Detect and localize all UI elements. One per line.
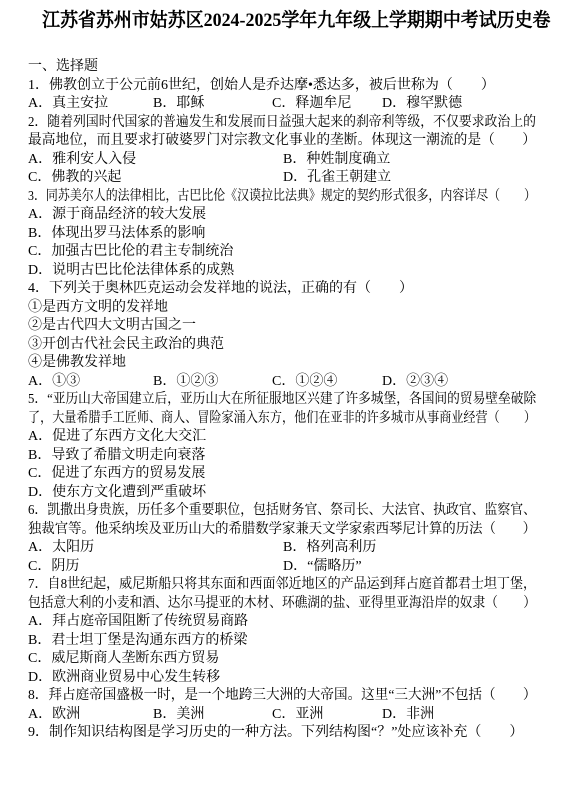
question-text-line: 6．凯撒出身贵族，历任多个重要职位，包括财务官、祭司长、大法官、执政官、监察官、	[28, 502, 495, 521]
option-line: D．欧洲商业贸易中心发生转移	[28, 669, 536, 688]
question-text-line: ④是佛教发祥地	[28, 354, 536, 373]
question-2: 2．随着列国时代国家的普遍发生和发展而日益强大起来的刹帝利等级，不仅要求政治上的…	[28, 114, 536, 188]
question-text-line: 3．同苏美尔人的法律相比，古巴比伦《汉谟拉比法典》规定的契约形式很多，内容详尽（…	[28, 188, 462, 207]
question-text-line: 独裁官等。他采纳埃及亚历山大的希腊数学家兼天文学家索西琴尼计算的历法（ ）	[28, 521, 513, 540]
option-D: D．“儒略历”	[283, 558, 362, 577]
option-line: A．促进了东西方文化大交汇	[28, 428, 536, 447]
options-row: C．阴历D．“儒略历”	[28, 558, 536, 577]
option-line: B．体现出罗马法体系的影响	[28, 225, 536, 244]
question-text-line: 4．下列关于奥林匹克运动会发祥地的说法，正确的有（ ）	[28, 280, 536, 299]
option-D: D．②③④	[382, 373, 448, 392]
options-row: A．①③B．①②③C．①②④D．②③④	[28, 373, 536, 392]
option-B: B．格列高利历	[283, 539, 376, 558]
options-row: A．雅利安人入侵B．种姓制度确立	[28, 151, 536, 170]
option-line: C．促进了东西方的贸易发展	[28, 465, 536, 484]
option-line: D．使东方文化遭到严重破坏	[28, 484, 536, 503]
section-heading: 一、选择题	[28, 58, 536, 77]
option-C: C．释迦牟尼	[272, 95, 382, 114]
option-C: C．亚洲	[272, 706, 382, 725]
option-line: D．说明古巴比伦法律体系的成熟	[28, 262, 536, 281]
option-A: A．太阳历	[28, 539, 283, 558]
option-A: A．雅利安人入侵	[28, 151, 283, 170]
document-page: 江苏省苏州市姑苏区2024-2025学年九年级上学期期中考试历史卷 一、选择题 …	[0, 0, 562, 793]
option-A: A．①③	[28, 373, 153, 392]
question-text-line: 8．拜占庭帝国盛极一时，是一个地跨三大洲的大帝国。这里“三大洲”不包括（ ）	[28, 687, 521, 706]
option-B: B．耶稣	[153, 95, 272, 114]
question-6: 6．凯撒出身贵族，历任多个重要职位，包括财务官、祭司长、大法官、执政官、监察官、…	[28, 502, 536, 576]
question-5: 5．“亚历山大帝国建立后，亚历山大在所征服地区兴建了许多城堡，各国间的贸易壁垒破…	[28, 391, 536, 502]
question-text-line: 5．“亚历山大帝国建立后，亚历山大在所征服地区兴建了许多城堡，各国间的贸易壁垒破…	[28, 391, 490, 410]
question-text-line: 2．随着列国时代国家的普遍发生和发展而日益强大起来的刹帝利等级，不仅要求政治上的	[28, 114, 495, 133]
question-text-line: ②是古代四大文明古国之一	[28, 317, 536, 336]
option-B: B．美洲	[153, 706, 272, 725]
options-row: C．佛教的兴起D．孔雀王朝建立	[28, 169, 536, 188]
question-text-line: 9．制作知识结构图是学习历史的一种方法。下列结构图“？”处应该补充（ ）	[28, 724, 536, 743]
option-line: B．导致了希腊文明走向衰落	[28, 447, 536, 466]
option-A: A．欧洲	[28, 706, 153, 725]
question-9: 9．制作知识结构图是学习历史的一种方法。下列结构图“？”处应该补充（ ）	[28, 724, 536, 743]
option-A: A．真主安拉	[28, 95, 153, 114]
question-4: 4．下列关于奥林匹克运动会发祥地的说法，正确的有（ ）①是西方文明的发祥地②是古…	[28, 280, 536, 391]
question-7: 7．自8世纪起，威尼斯船只将其东面和西面邻近地区的产品运到拜占庭首都君士坦丁堡，…	[28, 576, 536, 687]
option-B: B．种姓制度确立	[283, 151, 390, 170]
question-text-line: 最高地位，而且要求打破婆罗门对宗教文化事业的垄断。体现这一潮流的是（ ）	[28, 132, 526, 151]
question-3: 3．同苏美尔人的法律相比，古巴比伦《汉谟拉比法典》规定的契约形式很多，内容详尽（…	[28, 188, 536, 281]
option-line: B．君士坦丁堡是沟通东西方的桥梁	[28, 632, 536, 651]
question-text-line: 了，大量希腊手工匠师、商人、冒险家涌入东方，他们在亚非的许多城市从事商业经营（ …	[28, 410, 467, 429]
questions: 1．佛教创立于公元前6世纪，创始人是乔达摩•悉达多，被后世称为（ ）A．真主安拉…	[28, 77, 536, 743]
option-B: B．①②③	[153, 373, 272, 392]
option-D: D．非洲	[382, 706, 434, 725]
options-row: A．太阳历B．格列高利历	[28, 539, 536, 558]
question-1: 1．佛教创立于公元前6世纪，创始人是乔达摩•悉达多，被后世称为（ ）A．真主安拉…	[28, 77, 536, 114]
option-D: D．穆罕默德	[382, 95, 462, 114]
question-text-line: ①是西方文明的发祥地	[28, 299, 536, 318]
option-C: C．阴历	[28, 558, 283, 577]
question-text-line: 7．自8世纪起，威尼斯船只将其东面和西面邻近地区的产品运到拜占庭首都君士坦丁堡，	[28, 576, 501, 595]
page-title: 江苏省苏州市姑苏区2024-2025学年九年级上学期期中考试历史卷	[42, 8, 522, 33]
option-line: A．拜占庭帝国阻断了传统贸易商路	[28, 613, 536, 632]
question-text-line: 1．佛教创立于公元前6世纪，创始人是乔达摩•悉达多，被后世称为（ ）	[28, 77, 536, 96]
option-line: C．威尼斯商人垄断东西方贸易	[28, 650, 536, 669]
question-8: 8．拜占庭帝国盛极一时，是一个地跨三大洲的大帝国。这里“三大洲”不包括（ ）A．…	[28, 687, 536, 724]
option-C: C．①②④	[272, 373, 382, 392]
option-line: C．加强古巴比伦的君主专制统治	[28, 243, 536, 262]
question-text-line: ③开创古代社会民主政治的典范	[28, 336, 536, 355]
option-D: D．孔雀王朝建立	[283, 169, 391, 188]
option-C: C．佛教的兴起	[28, 169, 283, 188]
options-row: A．欧洲B．美洲C．亚洲D．非洲	[28, 706, 536, 725]
option-line: A．源于商品经济的较大发展	[28, 206, 536, 225]
question-text-line: 包括意大利的小麦和酒、达尔马提亚的木材、环礁湖的盐、亚得里亚海沿岸的奴隶（ ）	[28, 595, 489, 614]
options-row: A．真主安拉B．耶稣C．释迦牟尼D．穆罕默德	[28, 95, 536, 114]
